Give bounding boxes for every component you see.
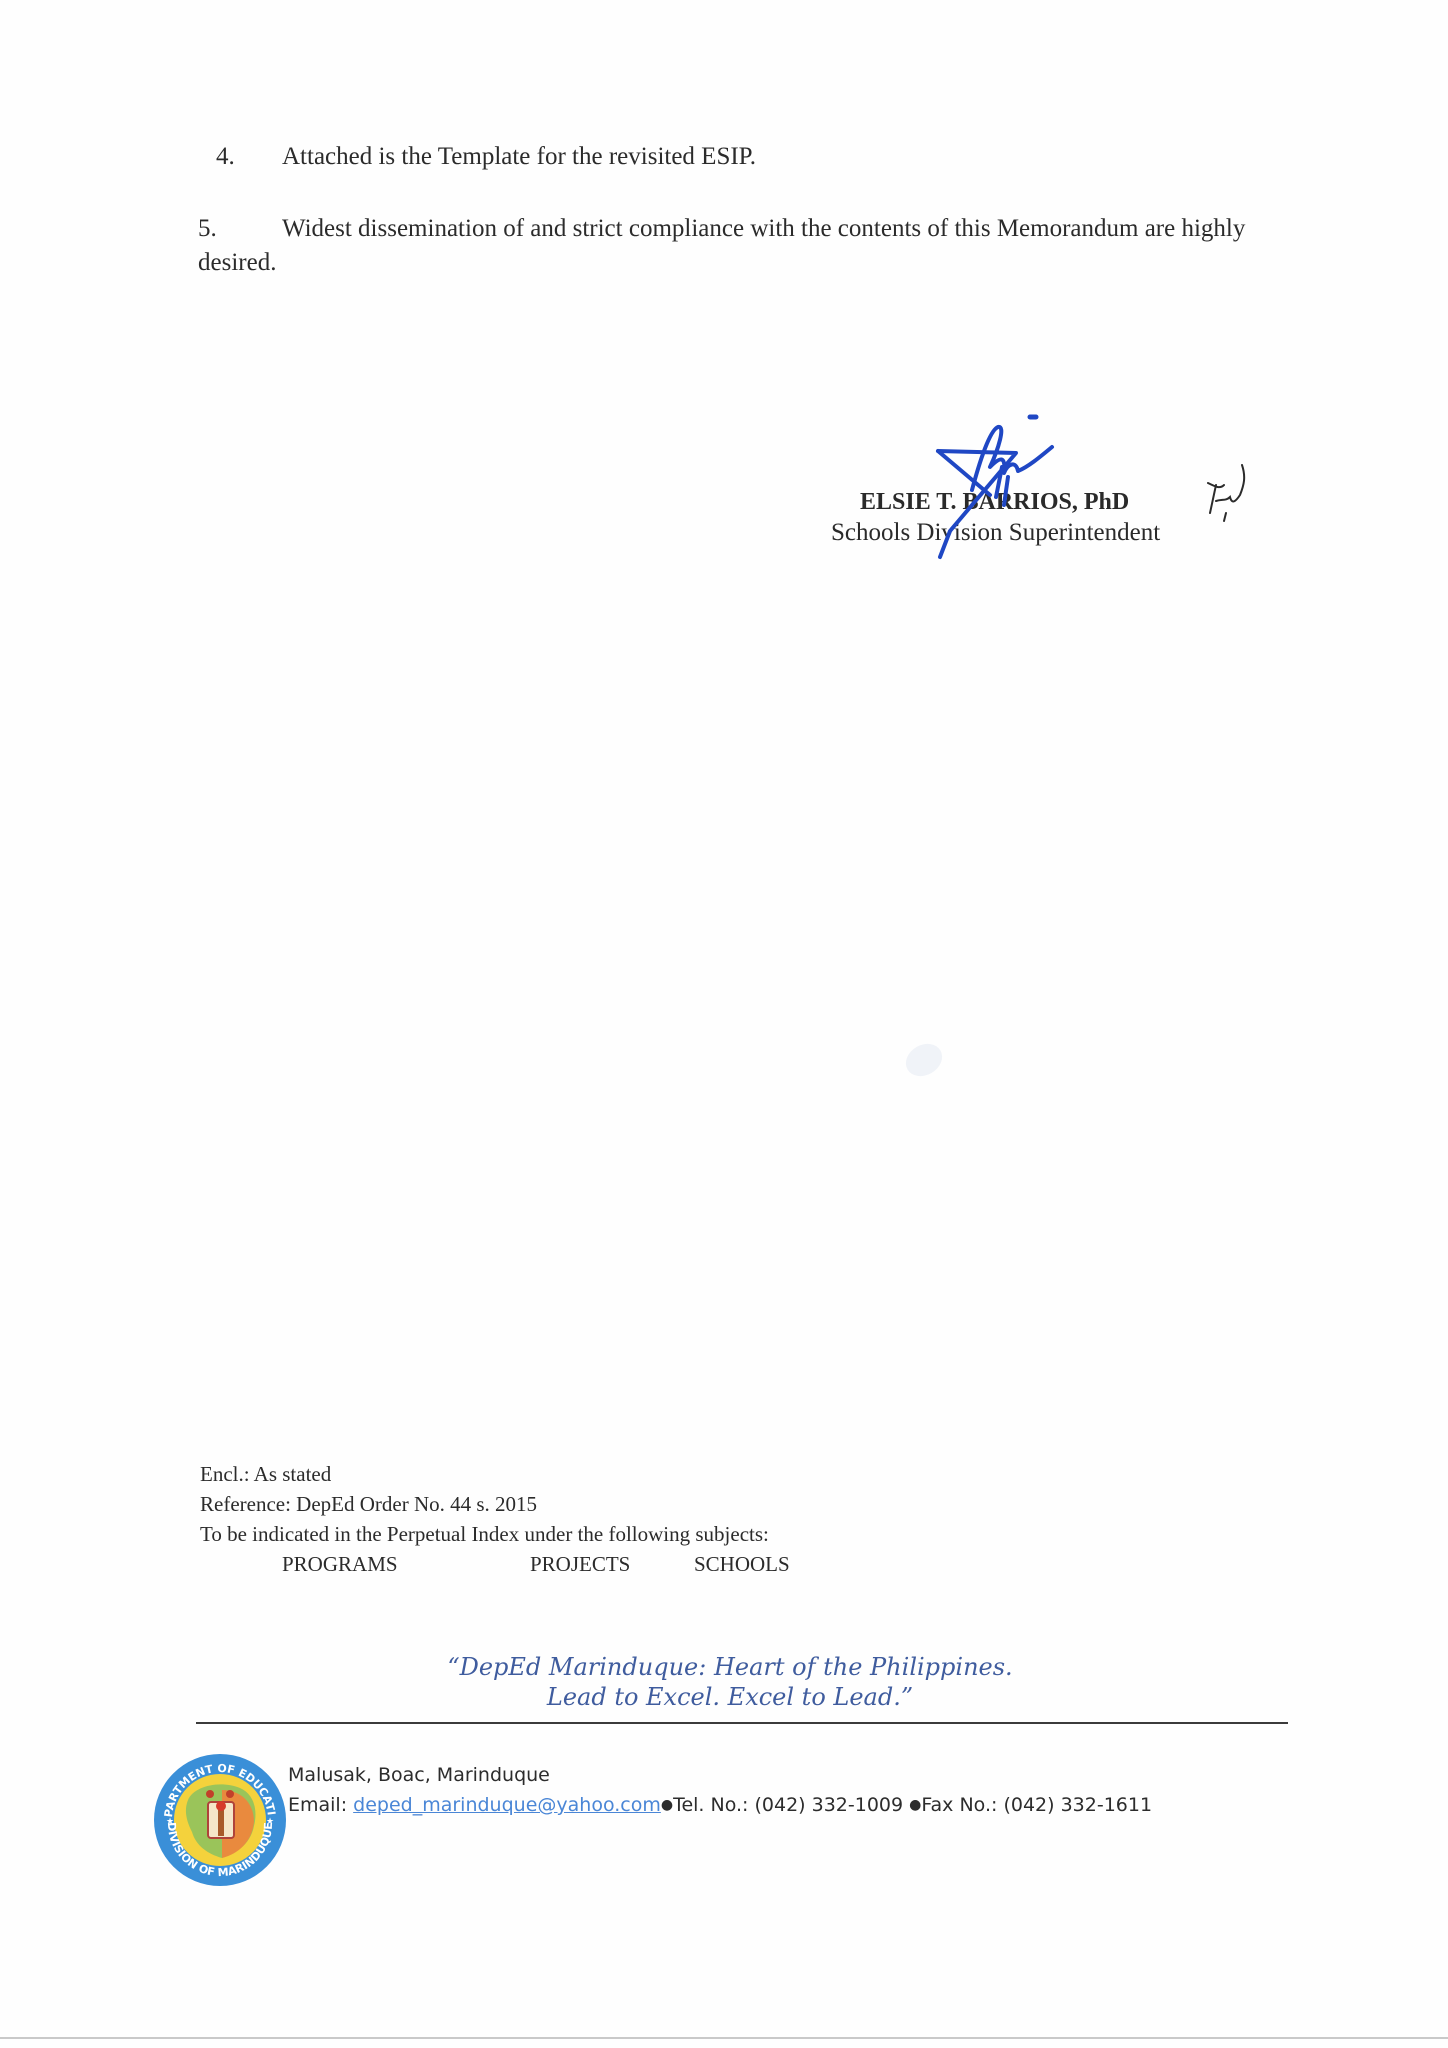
signatory-title: Schools Division Superintendent	[831, 519, 1160, 547]
signature-block: ELSIE T. BARRIOS, PhD Schools Division S…	[830, 405, 1250, 565]
svg-text:★: ★	[166, 1816, 174, 1826]
memorandum-page: 4.Attached is the Template for the revis…	[0, 0, 1448, 2048]
perpetual-index-note: To be indicated in the Perpetual Index u…	[200, 1519, 769, 1549]
motto-line-1: “DepEd Marinduque: Heart of the Philippi…	[300, 1652, 1160, 1682]
footer-divider	[196, 1722, 1288, 1724]
svg-text:★: ★	[266, 1816, 274, 1826]
scan-smudge	[900, 1038, 948, 1083]
subject-schools: SCHOOLS	[694, 1549, 790, 1579]
index-subjects: PROGRAMS PROJECTS SCHOOLS	[200, 1549, 769, 1579]
subject-programs: PROGRAMS	[282, 1549, 398, 1579]
telephone-number: Tel. No.: (042) 332-1009	[673, 1794, 909, 1816]
email-label: Email:	[288, 1794, 353, 1816]
paragraph-number: 4.	[216, 140, 282, 174]
paragraph-text: Widest dissemination of and strict compl…	[198, 215, 1245, 276]
subject-projects: PROJECTS	[530, 1549, 630, 1579]
paragraph-4: 4.Attached is the Template for the revis…	[216, 140, 756, 174]
footer-motto: “DepEd Marinduque: Heart of the Philippi…	[300, 1652, 1160, 1712]
motto-line-2: Lead to Excel. Excel to Lead.”	[300, 1682, 1160, 1712]
paragraph-5: 5.Widest dissemination of and strict com…	[198, 212, 1278, 280]
deped-division-seal-icon: DEPARTMENT OF EDUCATION DIVISION OF MARI…	[150, 1750, 290, 1890]
signatory-name: ELSIE T. BARRIOS, PhD	[860, 489, 1129, 516]
fax-number: Fax No.: (042) 332-1611	[921, 1794, 1152, 1816]
scan-bottom-edge	[0, 2037, 1448, 2039]
contact-line: Email: deped_marinduque@yahoo.com●Tel. N…	[288, 1790, 1152, 1820]
email-link[interactable]: deped_marinduque@yahoo.com	[353, 1794, 661, 1816]
memo-notes: Encl.: As stated Reference: DepEd Order …	[200, 1459, 769, 1579]
paragraph-number: 5.	[198, 212, 282, 246]
enclosure-note: Encl.: As stated	[200, 1459, 769, 1489]
bullet-icon: ●	[661, 1797, 673, 1813]
reference-note: Reference: DepEd Order No. 44 s. 2015	[200, 1489, 769, 1519]
paragraph-text: Attached is the Template for the revisit…	[282, 143, 756, 170]
footer-contact: Malusak, Boac, Marinduque Email: deped_m…	[288, 1760, 1152, 1820]
bullet-icon: ●	[909, 1797, 921, 1813]
office-address: Malusak, Boac, Marinduque	[288, 1760, 1152, 1790]
